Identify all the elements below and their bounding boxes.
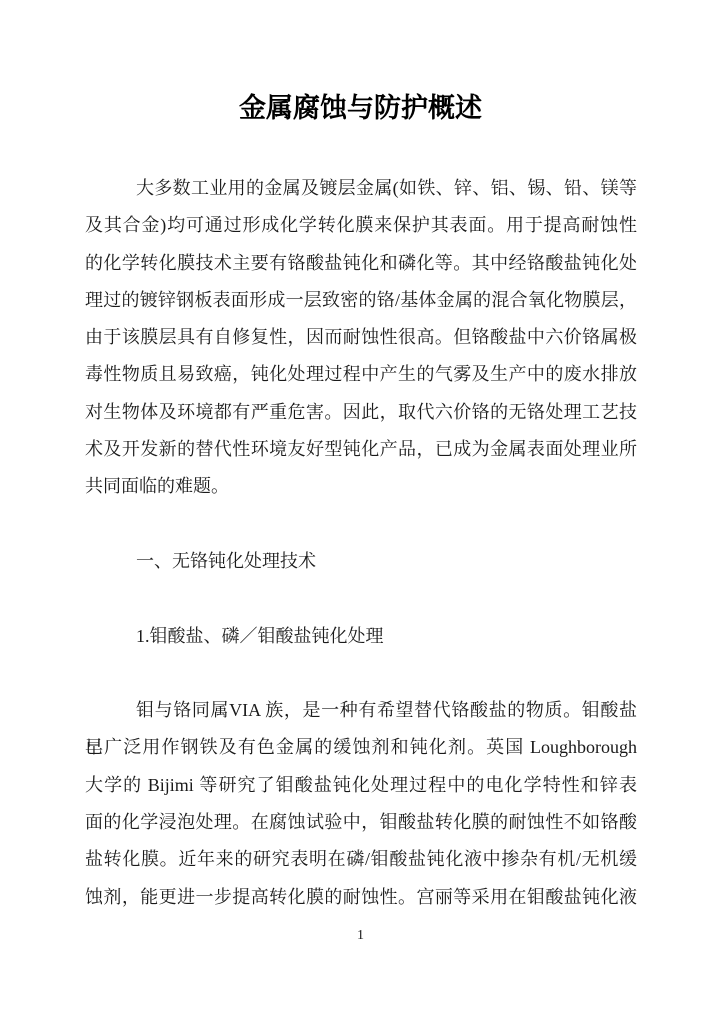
paragraph-line: 的化学转化膜技术主要有铬酸盐钝化和磷化等。其中经铬酸盐钝化处 — [85, 245, 637, 282]
paragraph-line: 已广泛用作钢铁及有色金属的缓蚀剂和钝化剂。英国 Loughborough — [85, 729, 637, 766]
block-subheading: 1.钼酸盐、磷／钼酸盐钝化处理 — [85, 618, 637, 655]
paragraph-line: 共同面临的难题。 — [85, 468, 637, 505]
paragraph-line: 大多数工业用的金属及镀层金属(如铁、锌、铝、锡、铅、镁等 — [85, 170, 637, 207]
page-footer: 1 — [0, 926, 721, 945]
paragraph-line: 蚀剂，能更进一步提高转化膜的耐蚀性。宫丽等采用在钼酸盐钝化液 — [85, 879, 637, 916]
paragraph-line: 及其合金)均可通过形成化学转化膜来保护其表面。用于提高耐蚀性 — [85, 207, 637, 244]
paragraph-line: 毒性物质且易致癌，钝化处理过程中产生的气雾及生产中的废水排放 — [85, 356, 637, 393]
page-number: 1 — [357, 928, 364, 943]
paragraph-line: 面的化学浸泡处理。在腐蚀试验中，钼酸盐转化膜的耐蚀性不如铬酸 — [85, 804, 637, 841]
block-paragraph: 钼与铬同属VIA 族，是一种有希望替代铬酸盐的物质。钼酸盐早已广泛用作钢铁及有色… — [85, 692, 637, 916]
paragraph-line: 由于该膜层具有自修复性，因而耐蚀性很高。但铬酸盐中六价铬属极 — [85, 319, 637, 356]
block-heading: 一、无铬钝化处理技术 — [85, 543, 637, 580]
section-heading: 一、无铬钝化处理技术 — [85, 543, 637, 580]
block-paragraph: 大多数工业用的金属及镀层金属(如铁、锌、铝、锡、铅、镁等及其合金)均可通过形成化… — [85, 170, 637, 506]
sub-heading: 1.钼酸盐、磷／钼酸盐钝化处理 — [85, 618, 637, 655]
paragraph-line: 术及开发新的替代性环境友好型钝化产品，已成为金属表面处理业所 — [85, 431, 637, 468]
document-body: 大多数工业用的金属及镀层金属(如铁、锌、铝、锡、铅、镁等及其合金)均可通过形成化… — [85, 170, 637, 916]
paragraph-line: 理过的镀锌钢板表面形成一层致密的铬/基体金属的混合氧化物膜层， — [85, 282, 637, 319]
document-title: 金属腐蚀与防护概述 — [0, 88, 721, 128]
paragraph-line: 钼与铬同属VIA 族，是一种有希望替代铬酸盐的物质。钼酸盐早 — [85, 692, 637, 729]
paragraph-line: 盐转化膜。近年来的研究表明在磷/钼酸盐钝化液中掺杂有机/无机缓 — [85, 841, 637, 878]
paragraph-line: 对生物体及环境都有严重危害。因此，取代六价铬的无铬处理工艺技 — [85, 394, 637, 431]
document-page: 金属腐蚀与防护概述 大多数工业用的金属及镀层金属(如铁、锌、铝、锡、铅、镁等及其… — [0, 0, 721, 1020]
paragraph-line: 大学的 Bijimi 等研究了钼酸盐钝化处理过程中的电化学特性和锌表 — [85, 767, 637, 804]
